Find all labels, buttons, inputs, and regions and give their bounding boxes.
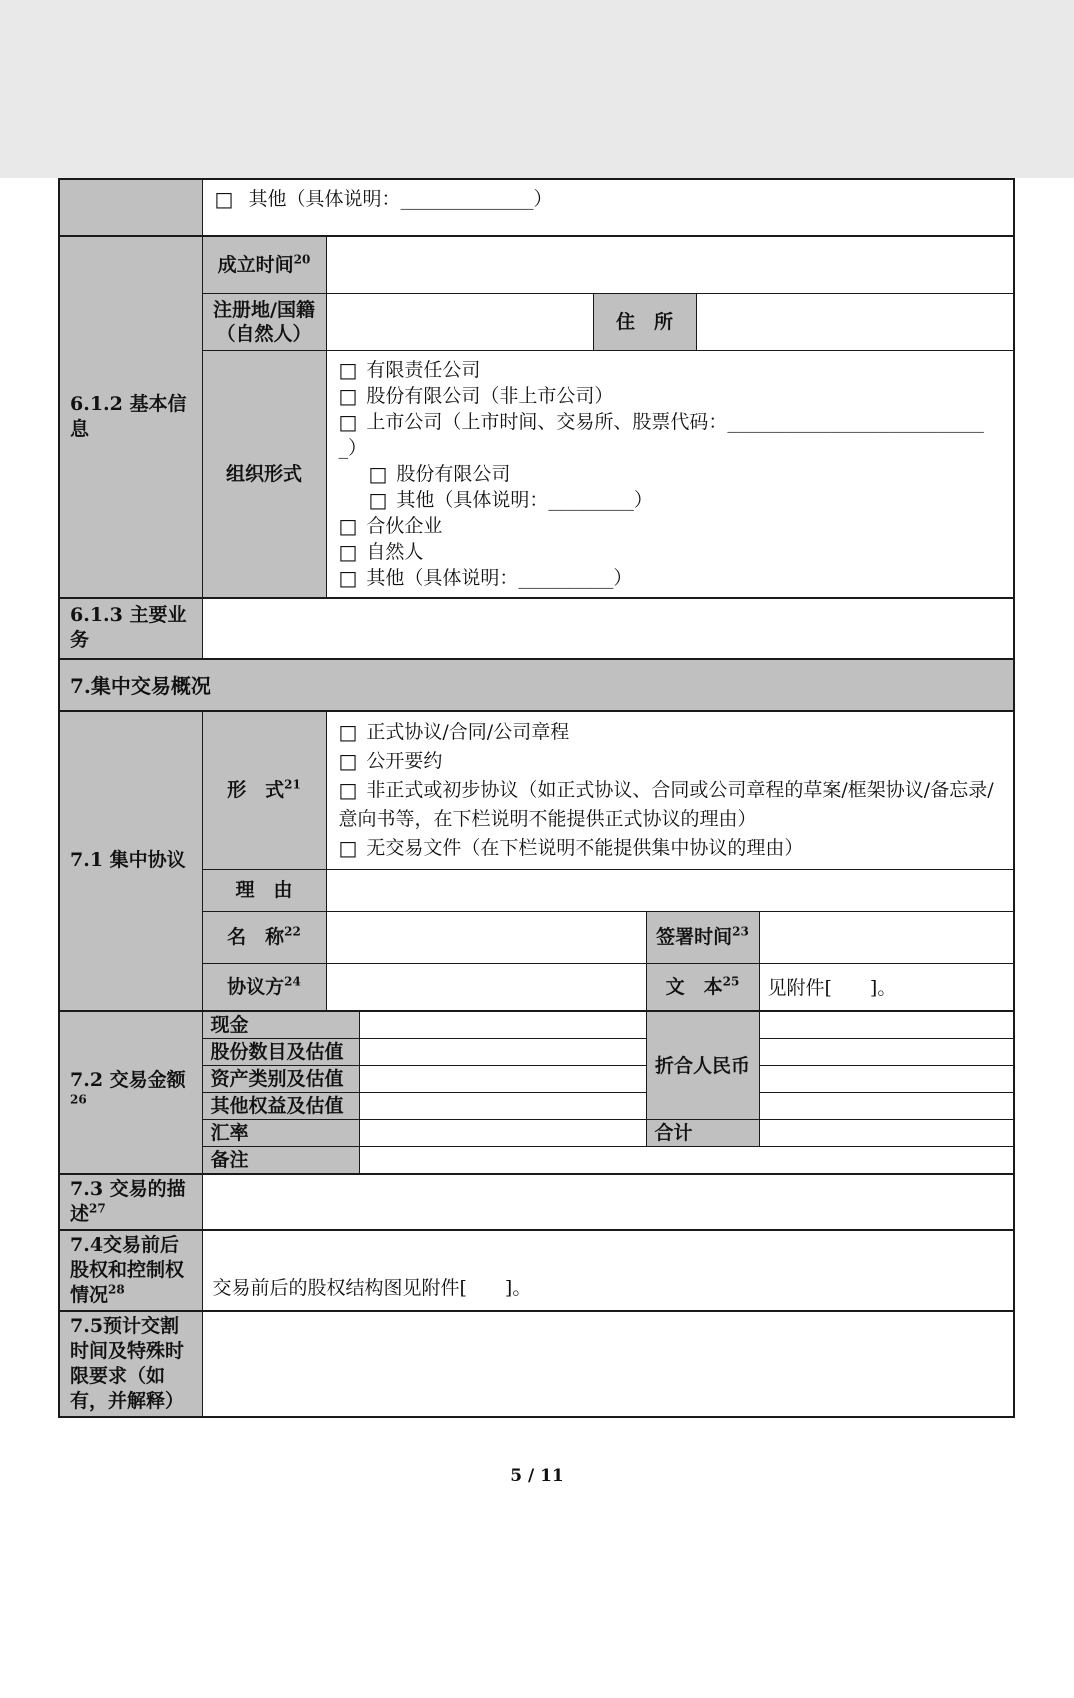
table-row: 其他权益及估值: [59, 1093, 1014, 1120]
section-72-title-cell: 7.2 交易金额26: [59, 1011, 202, 1174]
table-row: 组织形式 □有限责任公司 □股份有限公司（非上市公司） □上市公司（上市时间、交…: [59, 350, 1014, 598]
checkbox-icon: □: [369, 464, 388, 484]
section-title: 7.集中交易概况: [70, 674, 211, 698]
field-label: 成立时间: [218, 254, 294, 276]
checkbox-option-listed-joint-stock[interactable]: □股份有限公司: [339, 461, 1002, 487]
field-label: 股份数目及估值: [211, 1041, 344, 1063]
agreement-party-input-cell[interactable]: [326, 963, 646, 1011]
footnote-ref: 23: [732, 925, 749, 939]
section-612-title-cell: 6.1.2 基本信息: [59, 236, 202, 598]
checkbox-label: 自然人: [366, 541, 423, 563]
checkbox-label: 有限责任公司: [366, 359, 480, 381]
checkbox-icon: □: [339, 722, 358, 742]
assets-label-cell: 资产类别及估值: [202, 1066, 359, 1093]
shares-label-cell: 股份数目及估值: [202, 1039, 359, 1066]
checkbox-label: 其他（具体说明：__________）: [366, 567, 632, 589]
checkbox-icon: □: [339, 360, 358, 380]
checkbox-option-no-document[interactable]: □无交易文件（在下栏说明不能提供集中协议的理由）: [339, 834, 1002, 863]
text-doc-label-cell: 文 本25: [646, 963, 759, 1011]
table-row: 协议方24 文 本25 见附件[ ]。: [59, 963, 1014, 1011]
table-row: 汇率 合计: [59, 1120, 1014, 1147]
field-label: 合计: [655, 1122, 693, 1144]
sign-time-input-cell[interactable]: [759, 911, 1014, 963]
table-row: 注册地/国籍 （自然人） 住 所: [59, 293, 1014, 350]
section-7-header: 7.集中交易概况: [59, 659, 1014, 711]
section-75-title-cell: 7.5预计交割时间及特殊时限要求（如有，并解释）: [59, 1311, 202, 1417]
section-title: 7.3 交易的描述: [70, 1178, 186, 1225]
checkbox-option-other-form[interactable]: □其他（具体说明：__________）: [339, 565, 1002, 591]
reason-label-cell: 理 由: [202, 869, 326, 911]
checkbox-option-partnership[interactable]: □合伙企业: [339, 513, 1002, 539]
agreement-name-label-cell: 名 称22: [202, 911, 326, 963]
checkbox-icon: □: [339, 516, 358, 536]
table-row: 7.1 集中协议 形 式21 □正式协议/合同/公司章程 □公开要约 □非正式或…: [59, 711, 1014, 870]
field-label: 备注: [211, 1149, 249, 1171]
checkbox-label: 合伙企业: [366, 515, 442, 537]
agreement-name-input-cell[interactable]: [326, 911, 646, 963]
attachment-reference: 见附件[ ]。: [768, 977, 897, 999]
established-input-cell[interactable]: [326, 236, 1014, 293]
section-title: 7.1 集中协议: [70, 849, 186, 871]
field-label: 汇率: [211, 1122, 249, 1144]
page-number: 5 / 11: [0, 1466, 1074, 1486]
footnote-ref: 20: [294, 252, 311, 266]
assets-input-cell[interactable]: [359, 1066, 646, 1093]
exchange-rate-input-cell[interactable]: [359, 1120, 646, 1147]
table-row: 6.1.2 基本信息 成立时间20: [59, 236, 1014, 293]
org-form-options-cell: □有限责任公司 □股份有限公司（非上市公司） □上市公司（上市时间、交易所、股票…: [326, 350, 1014, 598]
footnote-ref: 24: [284, 974, 301, 988]
carryover-header-cell: [59, 179, 202, 236]
section-title: 6.1.2 基本信息: [70, 393, 187, 440]
field-label: 折合人民币: [655, 1055, 750, 1077]
checkbox-label: 股份有限公司: [396, 463, 510, 485]
checkbox-label: 股份有限公司（非上市公司）: [366, 385, 613, 407]
footnote-ref: 26: [70, 1092, 87, 1106]
equity-structure-note-cell: 交易前后的股权结构图见附件[ ]。: [202, 1230, 1014, 1311]
exchange-rate-label-cell: 汇率: [202, 1120, 359, 1147]
text-doc-value-cell: 见附件[ ]。: [759, 963, 1014, 1011]
table-row: 名 称22 签署时间23: [59, 911, 1014, 963]
footnote-ref: 21: [284, 778, 301, 792]
checkbox-icon: □: [369, 490, 388, 510]
footnote-ref: 28: [108, 1283, 125, 1297]
remarks-input-cell[interactable]: [359, 1147, 1014, 1175]
table-row: 7.2 交易金额26 现金 折合人民币: [59, 1011, 1014, 1039]
checkbox-option-listed-other[interactable]: □其他（具体说明：_________）: [339, 487, 1002, 513]
checkbox-label: 非正式或初步协议（如正式协议、合同或公司章程的草案/框架协议/备忘录/意向书等，…: [339, 779, 994, 830]
field-label: 住 所: [616, 311, 673, 333]
sign-time-label-cell: 签署时间23: [646, 911, 759, 963]
table-row: 7.3 交易的描述27: [59, 1174, 1014, 1230]
section-71-title-cell: 7.1 集中协议: [59, 711, 202, 1012]
checkbox-option-limited-liability[interactable]: □有限责任公司: [339, 357, 1002, 383]
carryover-options-cell: □ 其他（具体说明：______________）: [202, 179, 1014, 236]
checkbox-icon: □: [339, 412, 358, 432]
registration-input-cell[interactable]: [326, 293, 593, 350]
section-title: 7.2 交易金额: [70, 1069, 186, 1091]
table-row: 6.1.3 主要业务: [59, 598, 1014, 659]
checkbox-option-natural-person[interactable]: □自然人: [339, 539, 1002, 565]
table-row: 7.集中交易概况: [59, 659, 1014, 711]
cash-input-cell[interactable]: [359, 1011, 646, 1039]
established-label-cell: 成立时间20: [202, 236, 326, 293]
checkbox-label: 其他（具体说明：_________）: [396, 489, 653, 511]
checkbox-icon: □: [215, 189, 234, 209]
footnote-ref: 25: [723, 974, 740, 988]
closing-time-input-cell[interactable]: [202, 1311, 1014, 1417]
cash-rmb-input-cell[interactable]: [759, 1011, 1014, 1039]
residence-input-cell[interactable]: [696, 293, 1014, 350]
reason-input-cell[interactable]: [326, 869, 1014, 911]
section-74-title-cell: 7.4交易前后股权和控制权情况28: [59, 1230, 202, 1311]
checkbox-option-public-offer[interactable]: □公开要约: [339, 747, 1002, 776]
main-business-input-cell[interactable]: [202, 598, 1014, 659]
checkbox-label: 其他（具体说明：______________）: [248, 188, 552, 210]
field-label: 协议方: [227, 976, 284, 998]
remarks-label-cell: 备注: [202, 1147, 359, 1175]
shares-input-cell[interactable]: [359, 1039, 646, 1066]
table-row: 7.4交易前后股权和控制权情况28 交易前后的股权结构图见附件[ ]。: [59, 1230, 1014, 1311]
footnote-ref: 27: [89, 1202, 106, 1216]
field-label: （自然人）: [211, 322, 318, 346]
table-row: 理 由: [59, 869, 1014, 911]
field-label: 资产类别及估值: [211, 1068, 344, 1090]
org-form-label-cell: 组织形式: [202, 350, 326, 598]
table-row: □ 其他（具体说明：______________）: [59, 179, 1014, 236]
section-73-title-cell: 7.3 交易的描述27: [59, 1174, 202, 1230]
total-input-cell[interactable]: [759, 1120, 1014, 1147]
section-title: 6.1.3 主要业务: [70, 604, 187, 651]
checkbox-label: 公开要约: [366, 750, 442, 772]
field-label: 注册地/国籍: [211, 298, 318, 322]
checkbox-label: 上市公司（上市时间、交易所、股票代码：_____________________…: [339, 411, 984, 459]
section-title: 7.4交易前后股权和控制权情况: [70, 1234, 184, 1306]
other-equity-rmb-input-cell[interactable]: [759, 1093, 1014, 1120]
shares-rmb-input-cell[interactable]: [759, 1039, 1014, 1066]
other-equity-label-cell: 其他权益及估值: [202, 1093, 359, 1120]
footnote-ref: 22: [284, 925, 301, 939]
section-613-title-cell: 6.1.3 主要业务: [59, 598, 202, 659]
field-label: 签署时间: [656, 926, 732, 948]
table-row: 备注: [59, 1147, 1014, 1175]
registration-label-cell: 注册地/国籍 （自然人）: [202, 293, 326, 350]
agreement-party-label-cell: 协议方24: [202, 963, 326, 1011]
section-title: 7.5预计交割时间及特殊时限要求（如有，并解释）: [70, 1315, 184, 1412]
form-table: □ 其他（具体说明：______________） 6.1.2 基本信息 成立时…: [58, 178, 1015, 1418]
total-label-cell: 合计: [646, 1120, 759, 1147]
field-label: 名 称: [227, 926, 284, 948]
agreement-form-label-cell: 形 式21: [202, 711, 326, 870]
checkbox-icon: □: [339, 542, 358, 562]
checkbox-icon: □: [339, 751, 358, 771]
attachment-reference: 交易前后的股权结构图见附件[ ]。: [213, 1277, 532, 1299]
checkbox-label: 无交易文件（在下栏说明不能提供集中协议的理由）: [366, 837, 803, 859]
other-equity-input-cell[interactable]: [359, 1093, 646, 1120]
checkbox-icon: □: [339, 568, 358, 588]
field-label: 其他权益及估值: [211, 1095, 344, 1117]
checkbox-icon: □: [339, 838, 358, 858]
document-page: □ 其他（具体说明：______________） 6.1.2 基本信息 成立时…: [0, 178, 1074, 1698]
checkbox-option-formal-agreement[interactable]: □正式协议/合同/公司章程: [339, 718, 1002, 747]
field-label: 现金: [211, 1014, 249, 1036]
checkbox-icon: □: [339, 386, 358, 406]
field-label: 理 由: [235, 879, 292, 901]
table-row: 资产类别及估值: [59, 1066, 1014, 1093]
field-label: 组织形式: [226, 463, 302, 485]
residence-label-cell: 住 所: [593, 293, 696, 350]
checkbox-label: 正式协议/合同/公司章程: [366, 721, 569, 743]
checkbox-icon: □: [339, 780, 358, 800]
transaction-description-input-cell[interactable]: [202, 1174, 1014, 1230]
checkbox-option-other[interactable]: □ 其他（具体说明：______________）: [215, 186, 1002, 212]
table-row: 股份数目及估值: [59, 1039, 1014, 1066]
field-label: 形 式: [227, 779, 284, 801]
field-label: 文 本: [666, 976, 723, 998]
rmb-equivalent-label-cell: 折合人民币: [646, 1011, 759, 1120]
agreement-form-options-cell: □正式协议/合同/公司章程 □公开要约 □非正式或初步协议（如正式协议、合同或公…: [326, 711, 1014, 870]
checkbox-option-joint-stock-unlisted[interactable]: □股份有限公司（非上市公司）: [339, 383, 1002, 409]
assets-rmb-input-cell[interactable]: [759, 1066, 1014, 1093]
cash-label-cell: 现金: [202, 1011, 359, 1039]
checkbox-option-listed-company[interactable]: □上市公司（上市时间、交易所、股票代码：____________________…: [339, 409, 1002, 461]
table-row: 7.5预计交割时间及特殊时限要求（如有，并解释）: [59, 1311, 1014, 1417]
checkbox-option-informal-agreement[interactable]: □非正式或初步协议（如正式协议、合同或公司章程的草案/框架协议/备忘录/意向书等…: [339, 776, 1002, 834]
